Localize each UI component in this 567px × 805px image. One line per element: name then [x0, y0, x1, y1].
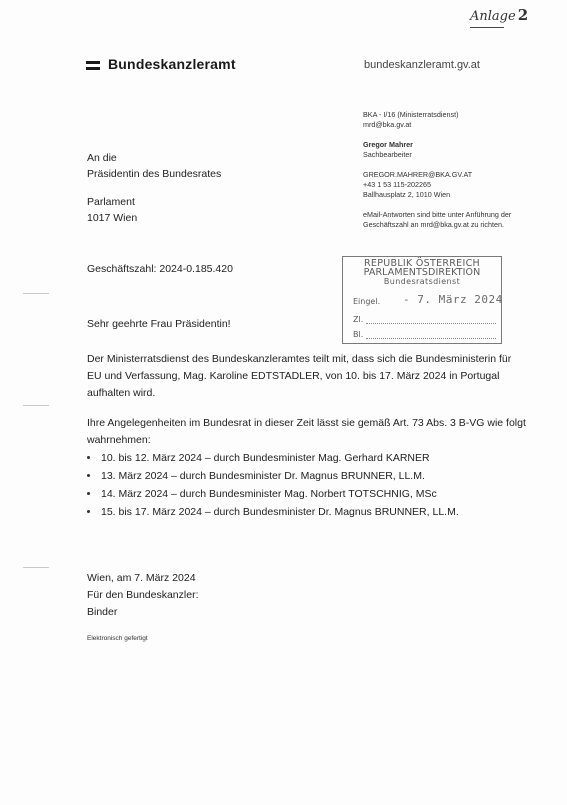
- recipient-line: An die: [87, 150, 221, 166]
- list-item: 15. bis 17. März 2024 – durch Bundesmini…: [87, 503, 459, 521]
- signature-note: Elektronisch gefertigt: [87, 635, 148, 642]
- website-url: bundeskanzleramt.gv.at: [364, 59, 480, 71]
- sender-department-email: mrd@bka.gv.at: [363, 120, 511, 130]
- stamp-line: Bundesratsdienst: [343, 277, 501, 286]
- sender-address: Ballhausplatz 2, 1010 Wien: [363, 190, 511, 200]
- stamp-zl-label: Zl.: [353, 315, 363, 324]
- stamp-received-date: - 7. März 2024: [403, 293, 503, 306]
- list-item: 14. März 2024 – durch Bundesminister Mag…: [87, 485, 459, 503]
- sender-role: Sachbearbeiter: [363, 150, 511, 160]
- sender-name: Gregor Mahrer: [363, 140, 511, 150]
- body-paragraph: Ihre Angelegenheiten im Bundesrat in die…: [87, 415, 527, 449]
- fold-mark: [23, 567, 49, 568]
- austrian-flag-bars-icon: [86, 60, 100, 71]
- recipient-line: 1017 Wien: [87, 210, 221, 226]
- sender-note: eMail-Antworten sind bitte unter Anführu…: [363, 210, 511, 220]
- stamp-received-label: Eingel.: [353, 297, 380, 306]
- fold-mark: [23, 293, 49, 294]
- closing-block: Wien, am 7. März 2024 Für den Bundeskanz…: [87, 570, 198, 621]
- stamp-dotted-line: [366, 338, 496, 339]
- annotation-text: Anlage: [470, 9, 516, 24]
- on-behalf: Für den Bundeskanzler:: [87, 587, 198, 604]
- bullet-icon: [87, 456, 90, 459]
- sender-note: Geschäftszahl an mrd@bka.gv.at zu richte…: [363, 220, 511, 230]
- organization-name: Bundeskanzleramt: [108, 56, 236, 72]
- reference-number: Geschäftszahl: 2024-0.185.420: [87, 263, 233, 275]
- salutation: Sehr geehrte Frau Präsidentin!: [87, 318, 231, 330]
- stamp-bl-label: Bl.: [353, 330, 363, 339]
- sender-phone: +43 1 53 115-202265: [363, 180, 511, 190]
- received-stamp: REPUBLIK ÖSTERREICH PARLAMENTSDIREKTION …: [342, 256, 502, 344]
- stamp-dotted-line: [366, 323, 496, 324]
- bullet-icon: [87, 492, 90, 495]
- sender-block: BKA - I/16 (Ministerratsdienst) mrd@bka.…: [363, 110, 511, 230]
- sender-department: BKA - I/16 (Ministerratsdienst): [363, 110, 511, 120]
- bullet-icon: [87, 474, 90, 477]
- recipient-line: Präsidentin des Bundesrates: [87, 166, 221, 182]
- list-item: 10. bis 12. März 2024 – durch Bundesmini…: [87, 449, 459, 467]
- letter-page: Anlage2 Bundeskanzleramt bundeskanzleram…: [0, 0, 567, 805]
- sender-email: GREGOR.MAHRER@BKA.GV.AT: [363, 170, 511, 180]
- list-item: 13. März 2024 – durch Bundesminister Dr.…: [87, 467, 459, 485]
- recipient-line: Parlament: [87, 194, 221, 210]
- recipient-block: An die Präsidentin des Bundesrates Parla…: [87, 150, 221, 226]
- annotation-number: 2: [518, 6, 528, 24]
- handwritten-annotation: Anlage2: [470, 6, 528, 24]
- place-date: Wien, am 7. März 2024: [87, 570, 198, 587]
- bullet-icon: [87, 510, 90, 513]
- signatory: Binder: [87, 604, 198, 621]
- body-paragraph: Der Ministerratsdienst des Bundeskanzler…: [87, 351, 527, 402]
- representation-list: 10. bis 12. März 2024 – durch Bundesmini…: [87, 449, 459, 521]
- annotation-underline: [470, 27, 504, 28]
- fold-mark: [23, 405, 49, 406]
